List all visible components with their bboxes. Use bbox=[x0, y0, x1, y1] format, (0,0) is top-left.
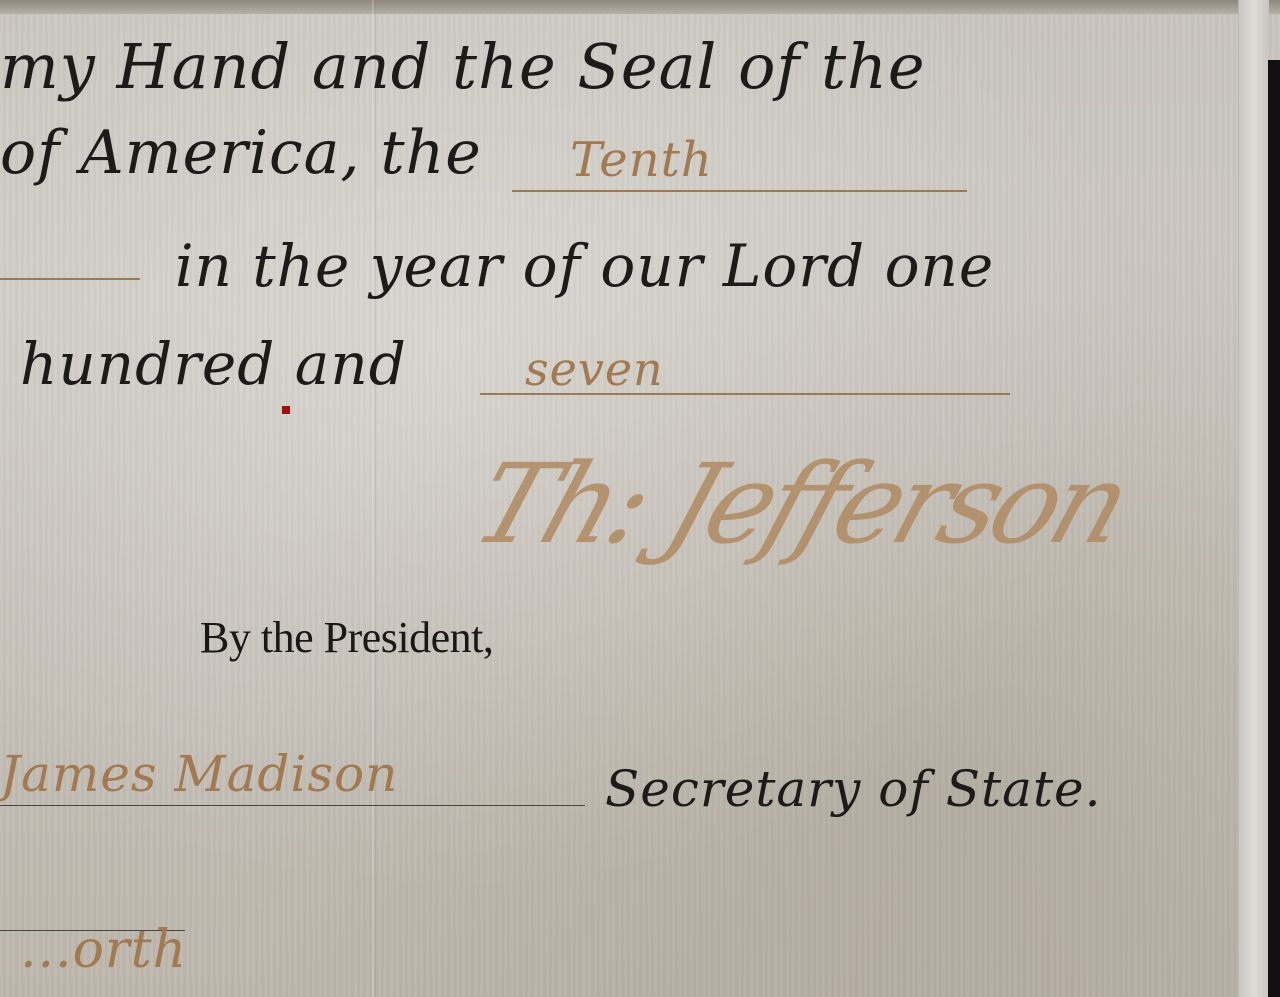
lower-handwriting: ...orth bbox=[20, 920, 187, 980]
blank-line-day bbox=[512, 190, 967, 192]
text-line-4: hundred and bbox=[20, 330, 407, 398]
secretary-title: Secretary of State. bbox=[605, 760, 1102, 818]
paper-right-margin bbox=[1238, 0, 1269, 997]
secretary-rule bbox=[0, 805, 585, 806]
text-line-2: of America, the bbox=[0, 118, 482, 188]
wax-mark bbox=[282, 406, 290, 414]
filled-year: seven bbox=[525, 342, 664, 396]
text-line-1: my Hand and the Seal of the bbox=[0, 30, 926, 103]
filled-day: Tenth bbox=[570, 132, 713, 188]
president-signature: Th: Jefferson bbox=[459, 440, 1141, 568]
text-line-3: in the year of our Lord one bbox=[175, 232, 994, 300]
blank-line-month bbox=[0, 278, 140, 280]
paper-top-edge bbox=[0, 0, 1280, 14]
frame-edge bbox=[1268, 60, 1280, 997]
blank-line-year bbox=[480, 393, 1010, 395]
secretary-signature: James Madison bbox=[0, 745, 398, 803]
printed-heading: By the President, bbox=[200, 612, 493, 663]
